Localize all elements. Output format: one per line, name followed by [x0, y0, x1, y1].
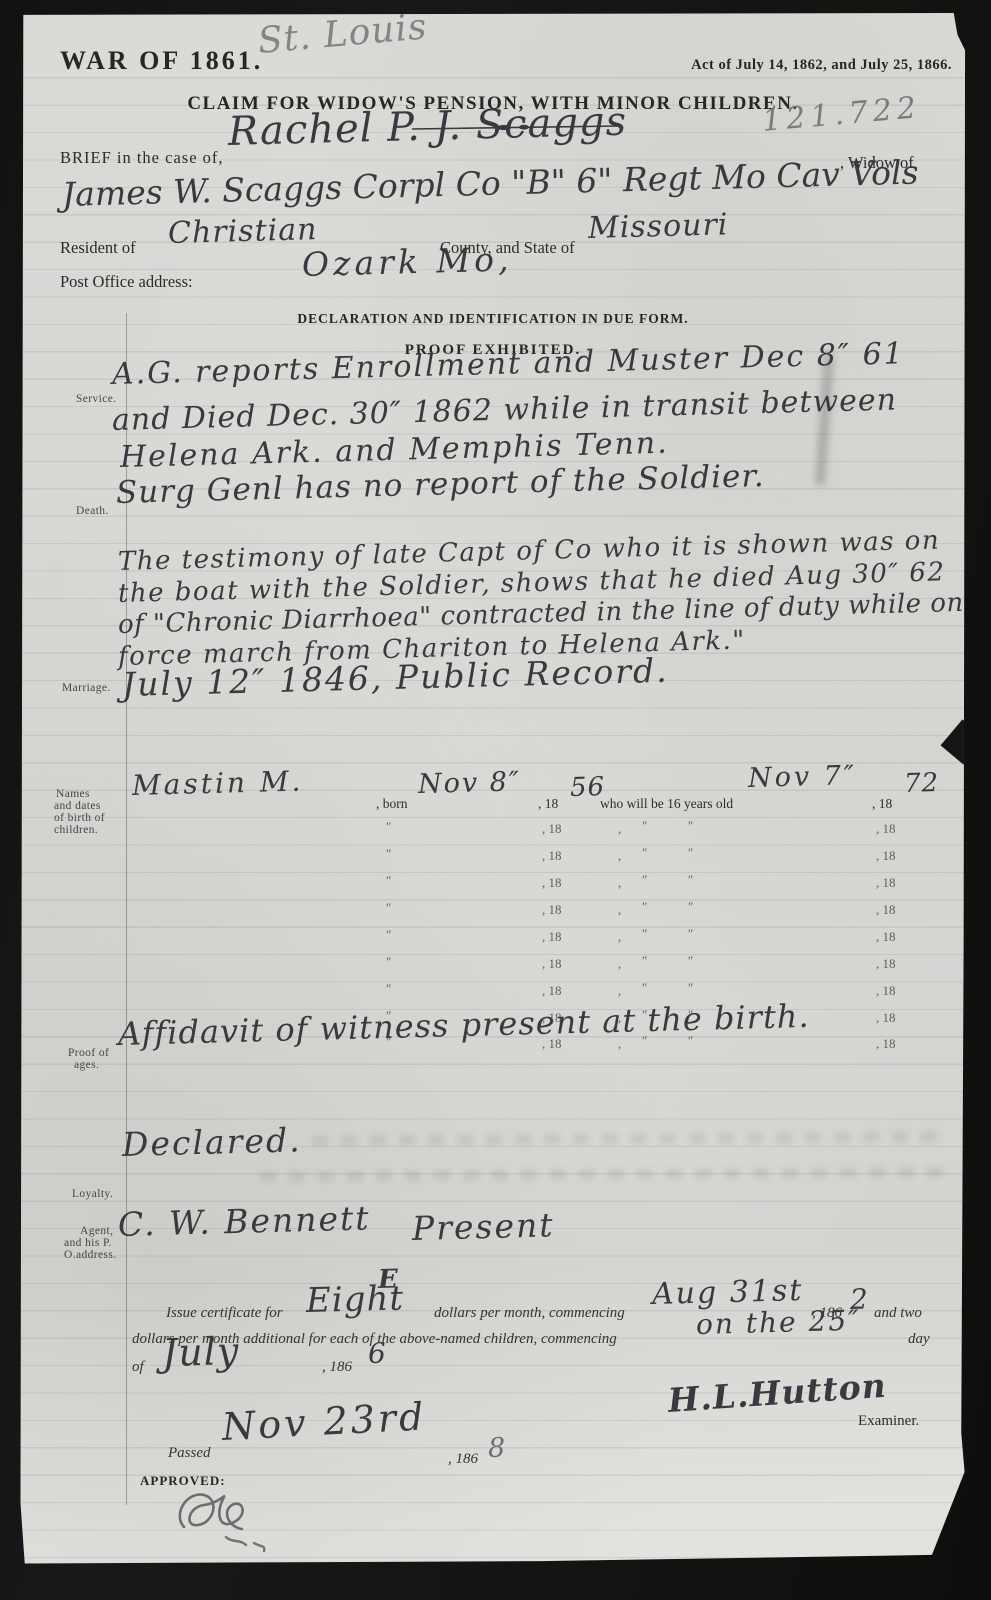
agent-label-1: Agent, [80, 1225, 113, 1237]
child-name: Mastin M. [132, 765, 304, 802]
agent-name: C. W. Bennett [117, 1198, 370, 1244]
examiner-signature: H.L.Hutton [667, 1366, 888, 1420]
ditto-mark: ″ [386, 927, 391, 943]
and-two-label: and two [874, 1305, 922, 1322]
comma: , [618, 848, 621, 864]
certificate-amount: Eight [305, 1278, 404, 1321]
brief-label: BRIEF in the case of, [60, 148, 224, 168]
resident-of-label: Resident of [60, 238, 136, 258]
paper-edge-notch [941, 719, 966, 764]
year-blank: , 18 [542, 902, 562, 918]
proof-of-ages-entry: Affidavit of witness present at the birt… [118, 997, 811, 1053]
war-title: WAR OF 1861. [60, 46, 263, 76]
year-prefix-2: , 186 [322, 1359, 352, 1376]
ditto-mark: ″ [386, 954, 391, 970]
year-blank: , 18 [876, 1036, 896, 1052]
sixteen-label: who will be 16 years old [600, 796, 733, 812]
comma: , [618, 956, 621, 972]
comma: , [618, 902, 621, 918]
ditto-mark: ″ [688, 872, 693, 888]
year-blank: , 18 [876, 983, 896, 999]
ditto-mark: ″ [688, 980, 693, 996]
certificate-month: July [161, 1329, 239, 1375]
ditto-mark: ″ [688, 953, 693, 969]
year-blank: , 18 [876, 848, 896, 864]
ink-bleed-through [260, 1167, 950, 1183]
marriage-label: Marriage. [62, 682, 111, 694]
ditto-mark: ″ [386, 900, 391, 916]
sixteen-year-value: 72 [904, 768, 940, 799]
per-month-label: dollars per month, commencing [434, 1305, 625, 1322]
ditto-mark: ″ [386, 873, 391, 889]
comma: , [618, 875, 621, 891]
resident-state: Missouri [588, 207, 729, 246]
year-blank: , 18 [876, 875, 896, 891]
passed-label: Passed [168, 1445, 211, 1462]
children-label-4: children. [54, 824, 98, 836]
born-year-prefix: , 18 [538, 796, 558, 812]
comma: , [618, 983, 621, 999]
passed-year-digit: 8 [488, 1433, 507, 1464]
year-blank: , 18 [542, 848, 562, 864]
ditto-mark: ″ [642, 845, 647, 861]
year-blank: , 18 [876, 902, 896, 918]
passed-year-prefix: , 186 [448, 1451, 478, 1468]
comma: , [618, 929, 621, 945]
year-blank: , 18 [876, 929, 896, 945]
acts-line: Act of July 14, 1862, and July 25, 1866. [580, 57, 952, 74]
year-blank: , 18 [542, 956, 562, 972]
ditto-mark: ″ [642, 818, 647, 834]
day-label: day [908, 1331, 930, 1348]
post-office-value: Ozark Mo, [301, 239, 512, 283]
children-label-2: and dates [54, 800, 101, 812]
ditto-mark: ″ [386, 981, 391, 997]
service-label: Service. [76, 393, 117, 405]
name-strike-flourish [412, 121, 620, 135]
born-value: Nov 8″ [418, 766, 522, 800]
year-blank: , 18 [542, 983, 562, 999]
agent-label-3: O.address. [64, 1249, 117, 1261]
ditto-mark: ″ [386, 819, 391, 835]
declaration-heading: DECLARATION AND IDENTIFICATION IN DUE FO… [20, 311, 966, 327]
comma: , [618, 821, 621, 837]
ditto-mark: ″ [642, 953, 647, 969]
resident-county: Christian [168, 212, 318, 251]
year-blank: , 18 [876, 821, 896, 837]
ditto-mark: ″ [642, 899, 647, 915]
children-label-1: Names [56, 788, 90, 800]
approved-signature-scribble [170, 1479, 300, 1553]
additional-date: on the 25″ [696, 1304, 861, 1341]
year-blank: , 18 [876, 1010, 896, 1026]
of-label: of [132, 1359, 144, 1376]
agent-present: Present [411, 1205, 554, 1248]
ditto-mark: ″ [642, 872, 647, 888]
place-note: St. Louis [256, 13, 429, 62]
ditto-mark: ″ [688, 899, 693, 915]
children-label-3: of birth of [54, 812, 105, 824]
issue-certificate-label: Issue certificate for [166, 1305, 283, 1322]
ditto-mark: ″ [642, 980, 647, 996]
ink-bleed-through [312, 1131, 948, 1146]
agent-label-2: and his P. [64, 1237, 112, 1249]
sixteen-value: Nov 7″ [748, 760, 858, 794]
examiner-label: Examiner. [858, 1413, 919, 1430]
loyalty-label: Loyalty. [72, 1188, 113, 1200]
proof-of-ages-label-2: ages. [74, 1059, 99, 1071]
ditto-mark: ″ [688, 845, 693, 861]
ditto-mark: ″ [688, 926, 693, 942]
passed-date: Nov 23rd [221, 1394, 428, 1449]
year-blank: , 18 [542, 821, 562, 837]
ditto-mark: ″ [642, 926, 647, 942]
ditto-mark: ″ [688, 818, 693, 834]
pension-form-page: WAR OF 1861. St. Louis Act of July 14, 1… [20, 13, 966, 1565]
year-blank: , 18 [542, 875, 562, 891]
death-label: Death. [76, 505, 109, 517]
year-blank: , 18 [542, 929, 562, 945]
post-office-label: Post Office address: [60, 272, 193, 292]
year-blank: , 18 [876, 956, 896, 972]
year-digit-2: 6 [368, 1337, 388, 1370]
proof-of-ages-label-1: Proof of [68, 1047, 109, 1059]
photographed-document: { "palette": { "background": "#141413", … [0, 0, 991, 1600]
ditto-mark: ″ [386, 846, 391, 862]
sixteen-year-prefix: , 18 [872, 796, 892, 812]
loyalty-entry: Declared. [121, 1120, 302, 1164]
born-label: , born [376, 796, 408, 812]
